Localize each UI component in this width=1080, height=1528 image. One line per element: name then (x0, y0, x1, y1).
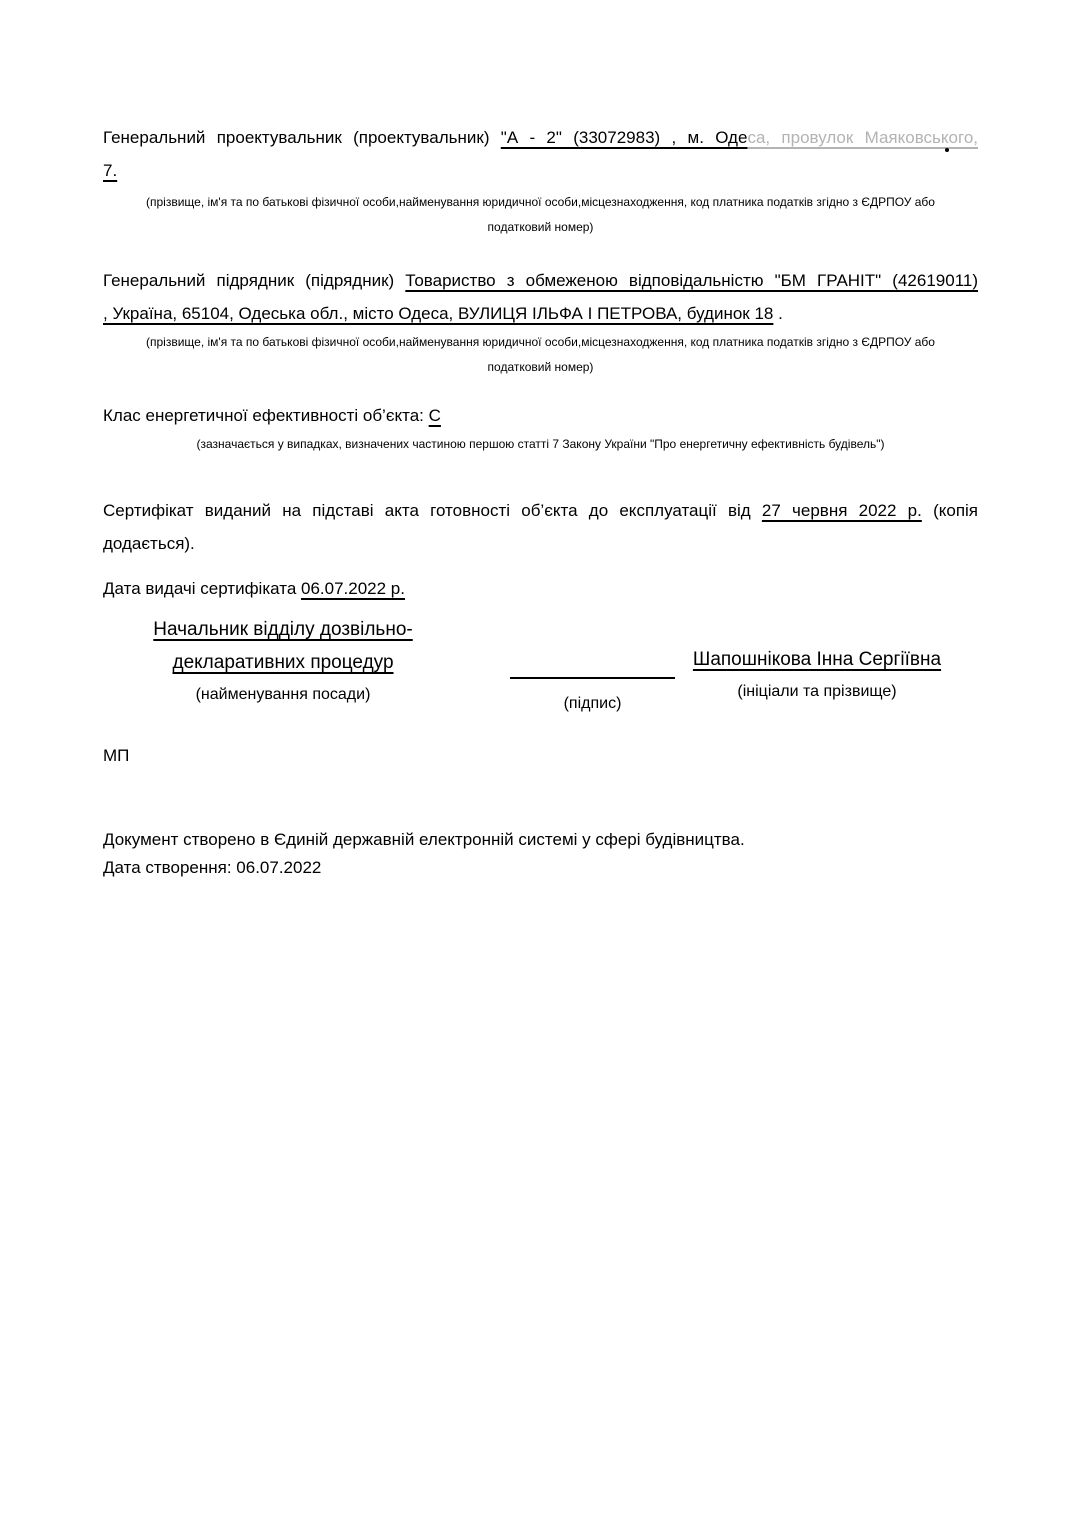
document-footer: Документ створено в Єдиній державній еле… (103, 826, 978, 882)
general-designer-value-faded: са, провулок Маяковського, (747, 128, 978, 147)
certificate-basis-text-after: (копія (922, 501, 978, 520)
footer-creation-date: Дата створення: 06.07.2022 (103, 854, 978, 882)
general-contractor-label: Генеральний підрядник (підрядник) (103, 271, 405, 290)
energy-class-value: С (429, 406, 441, 425)
certificate-basis-text: Сертифікат виданий на підставі акта гото… (103, 501, 762, 520)
general-contractor-paragraph: Генеральний підрядник (підрядник) Товари… (103, 264, 978, 330)
certificate-basis-paragraph: Сертифікат виданий на підставі акта гото… (103, 494, 978, 560)
stray-dot-artifact (945, 148, 949, 152)
issue-date-label: Дата видачі сертифіката (103, 579, 301, 598)
signature-name-column: Шапошнікова Інна Сергіївна (ініціали та … (667, 613, 967, 705)
certificate-basis-date: 27 червня 2022 р. (762, 501, 922, 520)
general-contractor-note: (прізвище, ім'я та по батькові фізичної … (103, 330, 978, 380)
general-designer-paragraph: Генеральний проектувальник (проектувальн… (103, 121, 978, 187)
energy-class-paragraph: Клас енергетичної ефективності об’єкта: … (103, 399, 978, 432)
issue-date-paragraph: Дата видачі сертифіката 06.07.2022 р. (103, 572, 978, 605)
general-contractor-value-line2: , Україна, 65104, Одеська обл., місто Од… (103, 304, 773, 323)
general-designer-line2: 7. (103, 154, 978, 187)
general-contractor-value: Товариство з обмеженою відповідальністю … (405, 271, 978, 290)
general-contractor-line1: Генеральний підрядник (підрядник) Товари… (103, 264, 978, 297)
footer-created-in-system: Документ створено в Єдиній державній еле… (103, 826, 978, 854)
general-designer-note-line1: (прізвище, ім'я та по батькові фізичної … (103, 190, 978, 215)
signature-block: Начальник відділу дозвільно- декларативн… (103, 613, 978, 717)
issue-date-value: 06.07.2022 р. (301, 579, 405, 598)
signature-position-note: (найменування посади) (103, 682, 463, 708)
general-contractor-line2: , Україна, 65104, Одеська обл., місто Од… (103, 297, 978, 330)
general-designer-note-line2: податковий номер) (103, 215, 978, 240)
certificate-basis-line2: додається). (103, 527, 978, 560)
signature-position-line2: декларативних процедур (103, 646, 463, 679)
general-designer-line1: Генеральний проектувальник (проектувальн… (103, 121, 978, 154)
document-content: Генеральний проектувальник (проектувальн… (103, 0, 978, 882)
general-contractor-value-suffix: . (773, 304, 782, 323)
energy-class-label: Клас енергетичної ефективності об’єкта: (103, 406, 429, 425)
general-designer-note: (прізвище, ім'я та по батькові фізичної … (103, 190, 978, 240)
general-designer-label: Генеральний проектувальник (проектувальн… (103, 128, 501, 147)
signature-position-line1: Начальник відділу дозвільно- (103, 613, 463, 646)
general-designer-value-line2: 7. (103, 161, 117, 180)
certificate-basis-line1: Сертифікат виданий на підставі акта гото… (103, 494, 978, 527)
signature-position-title: Начальник відділу дозвільно- декларативн… (103, 613, 463, 679)
signature-name: Шапошнікова Інна Сергіївна (667, 643, 967, 676)
signature-position-column: Начальник відділу дозвільно- декларативн… (103, 613, 463, 708)
stamp-placeholder: МП (103, 739, 978, 772)
signature-sign-column: (підпис) (510, 613, 675, 717)
signature-line (510, 613, 675, 679)
energy-class-note: (зазначається у випадках, визначених час… (103, 432, 978, 457)
signature-name-note: (ініціали та прізвище) (667, 679, 967, 705)
general-contractor-note-line2: податковий номер) (103, 355, 978, 380)
certificate-document-page: Генеральний проектувальник (проектувальн… (0, 0, 1080, 1528)
signature-sign-note: (підпис) (510, 691, 675, 717)
general-contractor-note-line1: (прізвище, ім'я та по батькові фізичної … (103, 330, 978, 355)
general-designer-value: "А - 2" (33072983) , м. Оде (501, 128, 748, 147)
